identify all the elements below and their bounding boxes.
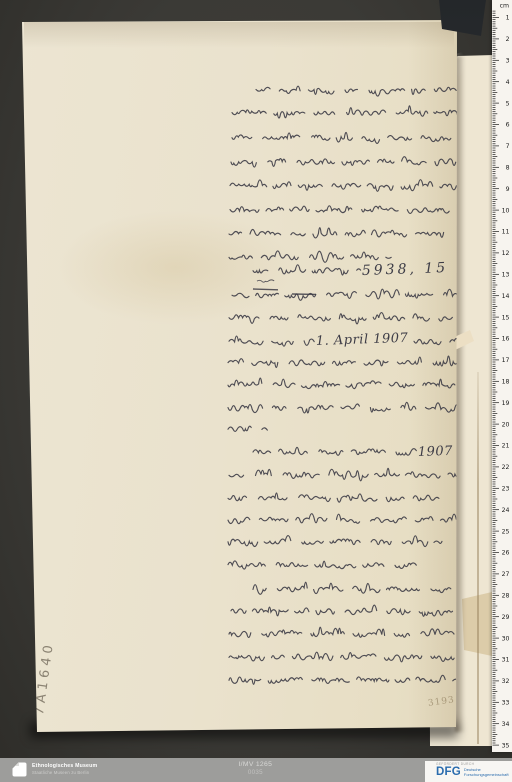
ruler-number: 17 (502, 357, 510, 364)
legible-fragment: 1. April 1907 (316, 331, 409, 349)
ruler-number: 15 (502, 314, 510, 321)
ruler-number: 20 (502, 421, 510, 428)
ruler-number: 2 (506, 36, 510, 43)
ruler-number: 33 (502, 700, 510, 707)
museum-logo-block: Ethnologisches Museum Staatliche Museen … (12, 762, 97, 777)
paper-edge-shading (408, 20, 458, 730)
ruler-number: 34 (502, 721, 510, 728)
ruler-number: 23 (502, 486, 510, 493)
ruler-number: 29 (502, 614, 510, 621)
inventory-number-pencil: 7A1640 (32, 640, 57, 716)
handwriting-line (253, 447, 416, 455)
funder-name: Deutsche Forschungsgemeinschaft (464, 768, 509, 778)
museum-subtitle: Staatliche Museen zu Berlin (32, 770, 97, 775)
ruler-number: 26 (502, 550, 510, 557)
ruler-number: 1 (506, 15, 510, 22)
ruler-number: 31 (502, 657, 510, 664)
funder-name-line2: Forschungsgemeinschaft (464, 773, 509, 778)
ruler-number: 11 (502, 229, 510, 236)
ruler-unit-label: cm (500, 3, 509, 10)
ruler-number: 30 (502, 635, 510, 642)
handwriting-line (228, 561, 416, 569)
handwriting-line (228, 426, 267, 431)
sheet-number: 0035 (238, 769, 272, 776)
archival-scan-viewport: 5938, 151. April 19071907 7A1640 3193 cm… (0, 0, 512, 782)
ruler-number: 32 (502, 678, 510, 685)
reference-number: I/MV 1265 (238, 761, 272, 768)
dfg-wordmark: DFG (436, 767, 461, 778)
ruler-number: 5 (506, 100, 510, 107)
ruler-number: 3 (506, 58, 510, 65)
manuscript-page: 5938, 151. April 19071907 7A1640 3193 (0, 0, 512, 782)
ruler-number: 35 (502, 742, 510, 749)
museum-name: Ethnologisches Museum (32, 763, 97, 769)
dfg-funder-logo: GEFÖRDERT DURCH DFG Deutsche Forschungsg… (425, 761, 512, 782)
ruler-number: 13 (502, 272, 510, 279)
ruler-number: 7 (506, 143, 510, 150)
ruler-number: 10 (502, 207, 510, 214)
ruler-number: 12 (502, 250, 510, 257)
ruler-number: 28 (502, 593, 510, 600)
ruler-number: 24 (502, 507, 510, 514)
ruler-number: 16 (502, 336, 510, 343)
ruler-number: 4 (506, 79, 510, 86)
ruler-number: 21 (502, 443, 510, 450)
ruler-number: 18 (502, 379, 510, 386)
page-edge-line (477, 372, 479, 744)
ruler-number: 14 (502, 293, 510, 300)
ruler-number: 6 (506, 122, 510, 129)
ruler: cm12345678910111213141516171819202122232… (492, 0, 512, 752)
museum-logo-icon (12, 762, 27, 777)
museum-text: Ethnologisches Museum Staatliche Museen … (32, 762, 97, 775)
dfg-row: DFG Deutsche Forschungsgemeinschaft (436, 767, 512, 778)
paper-stain (55, 210, 295, 325)
ruler-number: 19 (502, 400, 510, 407)
ruler-number: 22 (502, 464, 510, 471)
ruler-scale: cm12345678910111213141516171819202122232… (492, 0, 512, 752)
ruler-number: 8 (506, 165, 510, 172)
ruler-number: 9 (506, 186, 510, 193)
handwriting-line (229, 336, 314, 346)
ruler-number: 25 (502, 528, 510, 535)
ruler-number: 27 (502, 571, 510, 578)
paper-top-shading (24, 22, 454, 48)
reference-block: I/MV 1265 0035 (238, 761, 272, 776)
